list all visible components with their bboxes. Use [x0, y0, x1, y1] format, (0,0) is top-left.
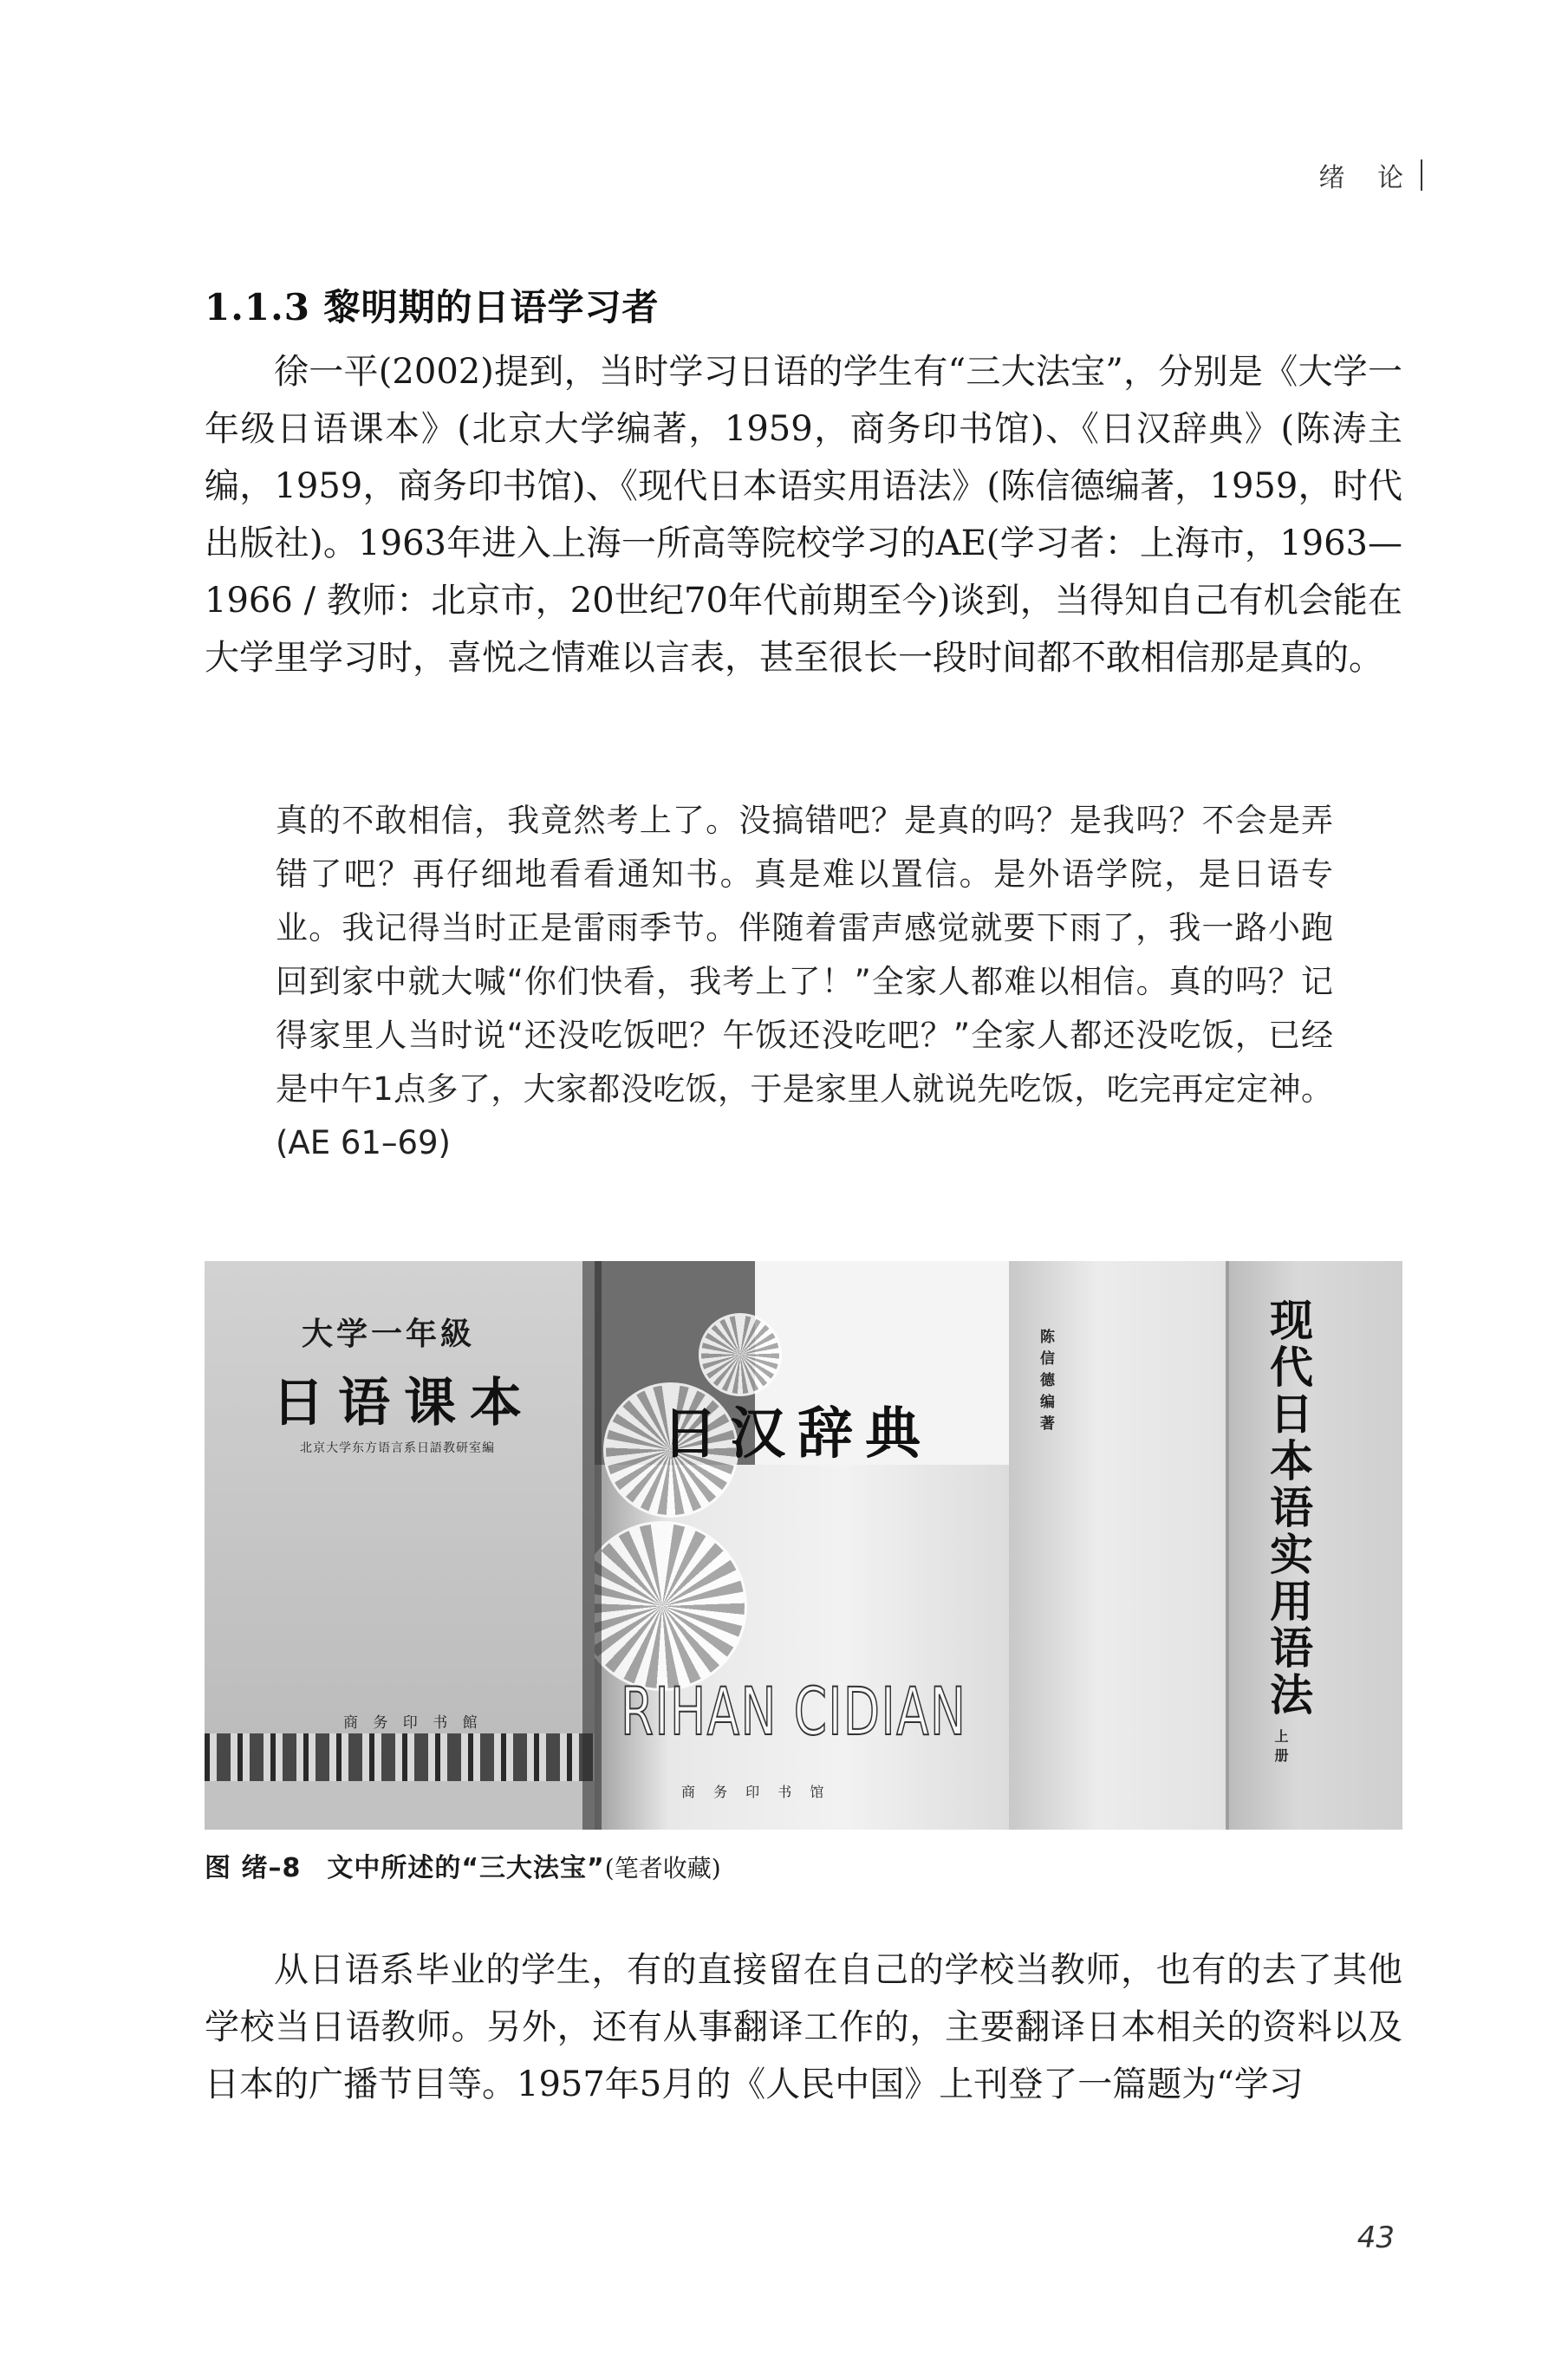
interview-quote: 真的不敢相信，我竟然考上了。没搞错吧？是真的吗？是我吗？不会是弄错了吧？再仔细地…	[276, 794, 1333, 1170]
book-cover-grammar-back: 陈信德编著	[1009, 1261, 1229, 1830]
book-cover-modern-japanese-grammar: 现代日本语实用语法 上册	[1229, 1261, 1402, 1830]
page-number: 43	[1357, 2221, 1395, 2255]
figure-label: 图 绪–8	[205, 1853, 301, 1883]
book1-bottom-band	[205, 1781, 595, 1830]
figure-caption-source: (笔者收藏)	[605, 1854, 721, 1883]
body-paragraph-2: 从日语系毕业的学生，有的直接留在自己的学校当教师，也有的去了其他学校当日语教师。…	[205, 1941, 1402, 2113]
book4-volume: 上册	[1271, 1729, 1291, 1767]
book-page: 绪 论 1.1.3 黎明期的日语学习者 徐一平(2002)提到，当时学习日语的学…	[0, 0, 1568, 2367]
book2-title: 日汉辞典	[662, 1389, 933, 1469]
running-head: 绪 论	[1318, 156, 1422, 194]
book2-spine-shadow	[595, 1261, 602, 1830]
figure-caption-text: 文中所述的“三大法宝”	[327, 1853, 604, 1883]
book1-edge-shadow	[582, 1261, 595, 1830]
book-cover-japanese-chinese-dictionary: 日汉辞典 RIHAN CIDIAN 商 务 印 书 馆	[595, 1261, 1009, 1830]
figure-three-treasures: 大学一年級 日语课本 北京大学东方语言系日語教研室編 商 务 印 书 館 日汉辞…	[205, 1261, 1402, 1830]
book3-author: 陈信德编著	[1035, 1329, 1057, 1437]
section-title: 1.1.3 黎明期的日语学习者	[205, 279, 660, 331]
figure-caption: 图 绪–8文中所述的“三大法宝”(笔者收藏)	[205, 1846, 721, 1884]
chrysanthemum-icon	[595, 1521, 747, 1691]
book-cover-japanese-textbook: 大学一年級 日语课本 北京大学东方语言系日語教研室編 商 务 印 书 館	[205, 1261, 595, 1830]
book2-publisher: 商 务 印 书 馆	[681, 1781, 830, 1801]
running-head-divider	[1421, 159, 1422, 191]
running-head-chapter: 绪 论	[1318, 156, 1415, 194]
book2-roman-title: RIHAN CIDIAN	[621, 1673, 966, 1750]
chrysanthemum-icon	[699, 1313, 782, 1396]
book1-title: 日语课本	[272, 1362, 536, 1436]
book1-ornamental-border	[205, 1733, 595, 1782]
book1-publisher: 商 务 印 书 館	[343, 1710, 483, 1732]
book1-subtitle: 大学一年級	[302, 1310, 475, 1354]
body-paragraph-1: 徐一平(2002)提到，当时学习日语的学生有“三大法宝”，分别是《大学一年级日语…	[205, 343, 1402, 686]
book1-editor: 北京大学东方语言系日語教研室編	[300, 1439, 495, 1456]
book4-title: 现代日本语实用语法	[1262, 1297, 1314, 1719]
